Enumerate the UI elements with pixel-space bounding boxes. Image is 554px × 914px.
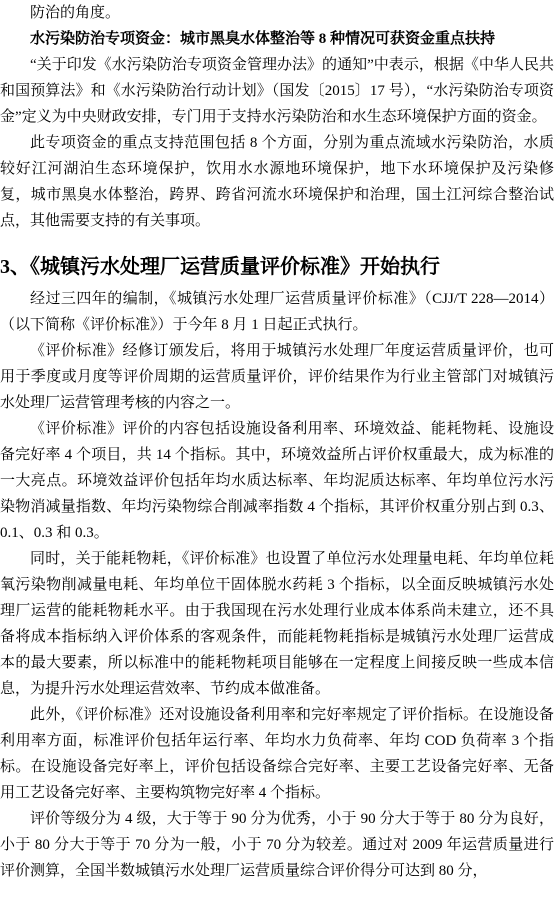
- paragraph-special-fund-definition: “关于印发《水污染防治专项资金管理办法》的通知”中表示，根据《中华人民共和国预算…: [0, 52, 554, 130]
- paragraph-standard-usage: 《评价标准》经修订颁发后，将用于城镇污水处理厂年度运营质量评价，也可用于季度或月…: [0, 338, 554, 416]
- paragraph-continuation: 防治的角度。: [0, 0, 554, 26]
- bold-subheading: 水污染防治专项资金：城市黑臭水体整治等 8 种情况可获资金重点扶持: [0, 26, 554, 52]
- document-page: 防治的角度。 水污染防治专项资金：城市黑臭水体整治等 8 种情况可获资金重点扶持…: [0, 0, 554, 914]
- section-heading: 3、《城镇污水处理厂运营质量评价标准》开始执行: [0, 252, 554, 282]
- paragraph-evaluation-content: 《评价标准》评价的内容包括设施设备利用率、环境效益、能耗物耗、设施设备完好率 4…: [0, 416, 554, 546]
- paragraph-utilization-indicators: 此外，《评价标准》还对设施设备利用率和完好率规定了评价指标。在设施设备利用率方面…: [0, 702, 554, 806]
- paragraph-energy-consumption: 同时，关于能耗物耗，《评价标准》也设置了单位污水处理量电耗、年均单位耗氧污染物削…: [0, 546, 554, 702]
- paragraph-standard-effective-date: 经过三四年的编制，《城镇污水处理厂运营质量评价标准》（CJJ/T 228—201…: [0, 286, 554, 338]
- paragraph-support-scope: 此专项资金的重点支持范围包括 8 个方面，分别为重点流域水污染防治，水质较好江河…: [0, 130, 554, 234]
- paragraph-grading-levels: 评价等级分为 4 级，大于等于 90 分为优秀，小于 90 分大于等于 80 分…: [0, 806, 554, 884]
